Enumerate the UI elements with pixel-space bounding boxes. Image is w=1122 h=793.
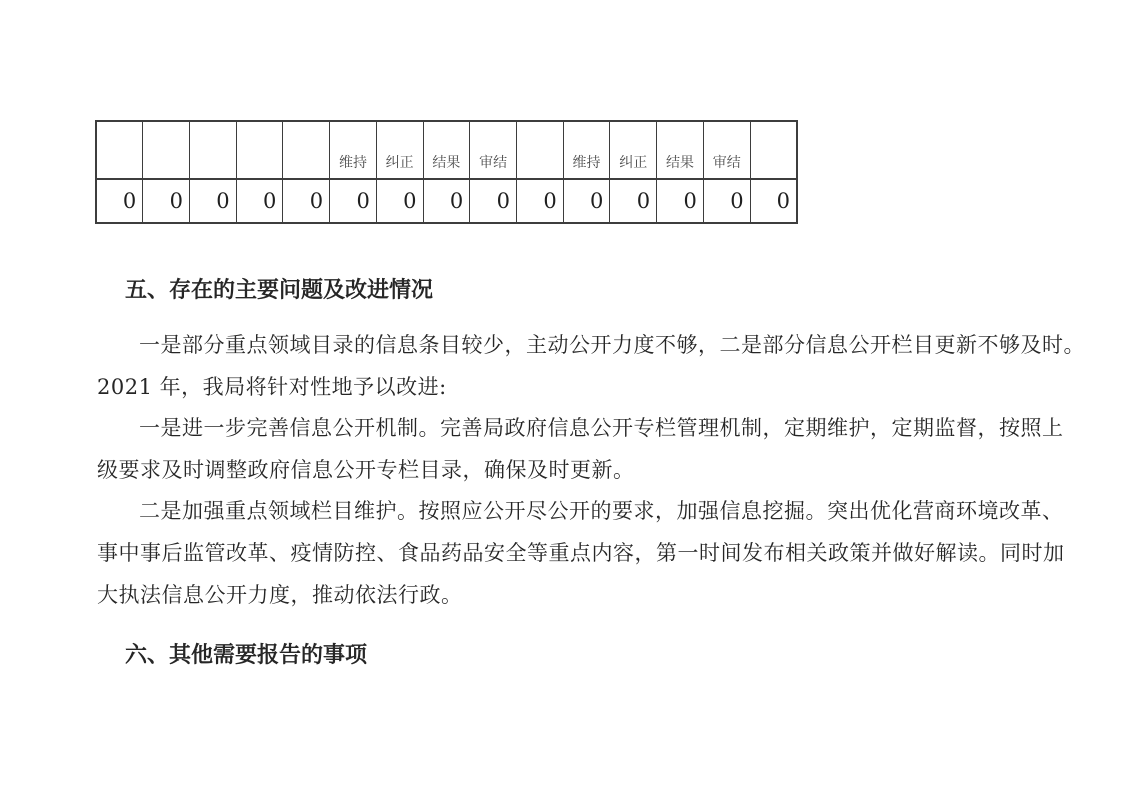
table-header-cell: 审结: [703, 121, 750, 179]
table-header-cell: 结果: [423, 121, 470, 179]
table-value-cell: 0: [236, 179, 283, 223]
table-value-cell: 0: [470, 179, 517, 223]
table-value-cell: 0: [283, 179, 330, 223]
body-line: 大执法信息公开力度，推动依法行政。: [97, 575, 1087, 617]
table-value-cell: 0: [330, 179, 377, 223]
table-header-cell: 纠正: [610, 121, 657, 179]
statistics-continuation-table: 维持 纠正 结果 审结 维持 纠正 结果 审结 0 0 0 0 0 0 0 0: [95, 120, 798, 224]
table-header-cell: 审结: [470, 121, 517, 179]
section-heading-problems-improvements: 五、存在的主要问题及改进情况: [125, 278, 433, 304]
table-value-cell: 0: [516, 179, 563, 223]
table-header-cell: 维持: [563, 121, 610, 179]
table-value-cell: 0: [610, 179, 657, 223]
body-line: 一是部分重点领域目录的信息条目较少，主动公开力度不够，二是部分信息公开栏目更新不…: [97, 325, 1087, 367]
table-value-cell: 0: [143, 179, 190, 223]
body-line: 事中事后监管改革、疫情防控、食品药品安全等重点内容，第一时间发布相关政策并做好解…: [97, 533, 1087, 575]
body-line: 一是进一步完善信息公开机制。完善局政府信息公开专栏管理机制，定期维护，定期监督，…: [97, 408, 1087, 450]
table-header-cell: 结果: [657, 121, 704, 179]
table-value-cell: 0: [563, 179, 610, 223]
table-header-cell: [236, 121, 283, 179]
table-header-cell: 纠正: [376, 121, 423, 179]
table-value-cell: 0: [703, 179, 750, 223]
table-value-cell: 0: [189, 179, 236, 223]
table-header-cell: [516, 121, 563, 179]
table-value-cell: 0: [96, 179, 143, 223]
table-value-cell: 0: [376, 179, 423, 223]
table-value-cell: 0: [423, 179, 470, 223]
table-header-cell: 维持: [330, 121, 377, 179]
table-header-cell: [283, 121, 330, 179]
body-line: 2021 年，我局将针对性地予以改进:: [97, 367, 1087, 409]
table-header-cell: [750, 121, 797, 179]
section-heading-other-matters: 六、其他需要报告的事项: [125, 643, 367, 669]
section-body-text: 一是部分重点领域目录的信息条目较少，主动公开力度不够，二是部分信息公开栏目更新不…: [97, 325, 1087, 616]
table-header-cell: [143, 121, 190, 179]
table-value-cell: 0: [750, 179, 797, 223]
body-line: 级要求及时调整政府信息公开专栏目录，确保及时更新。: [97, 450, 1087, 492]
table-header-row: 维持 纠正 结果 审结 维持 纠正 结果 审结: [96, 121, 797, 179]
body-line: 二是加强重点领域栏目维护。按照应公开尽公开的要求，加强信息挖掘。突出优化营商环境…: [97, 491, 1087, 533]
table-header-cell: [96, 121, 143, 179]
document-page: 维持 纠正 结果 审结 维持 纠正 结果 审结 0 0 0 0 0 0 0 0: [0, 0, 1122, 793]
table-value-cell: 0: [657, 179, 704, 223]
table-header-cell: [189, 121, 236, 179]
table-value-row: 0 0 0 0 0 0 0 0 0 0 0 0 0 0 0: [96, 179, 797, 223]
